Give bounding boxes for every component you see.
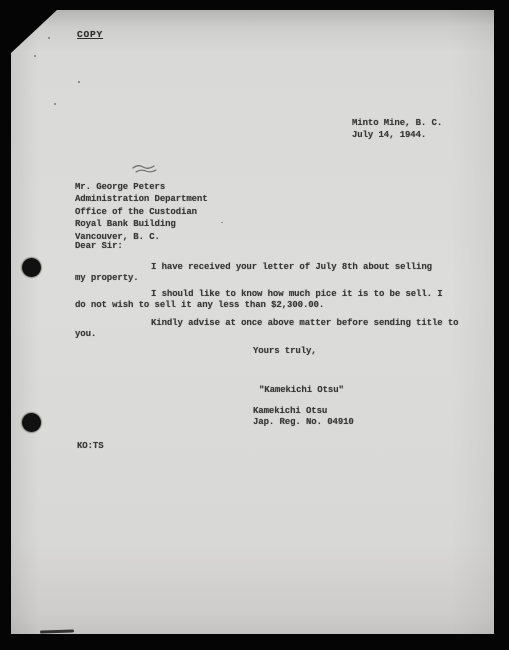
body-paragraph-2: I should like to know how much pice it i… xyxy=(75,289,465,311)
dateline-date: July 14, 1944. xyxy=(352,130,442,142)
paragraph-line: you. xyxy=(75,329,465,340)
scanned-letter-view: COPY Minto Mine, B. C. July 14, 1944. Mr… xyxy=(0,0,509,650)
paragraph-line: Kindly advise at once above matter befor… xyxy=(75,318,465,329)
paragraph-line: do not wish to sell it any less than $2,… xyxy=(75,300,465,311)
recipient-name: Mr. George Peters xyxy=(75,181,208,193)
recipient-building: Royal Bank Building xyxy=(75,218,208,230)
pencil-scribble-mark xyxy=(130,162,160,176)
paper-speck xyxy=(78,81,80,83)
signature: "Kamekichi Otsu" xyxy=(259,385,344,396)
paragraph-line: my property. xyxy=(75,273,465,284)
paper-speck xyxy=(54,103,56,105)
body-paragraph-1: I have received your letter of July 8th … xyxy=(75,262,465,284)
complimentary-closing: Yours truly, xyxy=(253,346,317,357)
typed-signature-block: Kamekichi Otsu Jap. Reg. No. 04910 xyxy=(253,406,354,428)
registration-number: Jap. Reg. No. 04910 xyxy=(253,417,354,428)
salutation: Dear Sir: xyxy=(75,241,123,252)
paragraph-line: I should like to know how much pice it i… xyxy=(75,289,465,300)
body-paragraph-3: Kindly advise at once above matter befor… xyxy=(75,318,465,340)
dateline: Minto Mine, B. C. July 14, 1944. xyxy=(352,118,442,141)
letter-page: COPY Minto Mine, B. C. July 14, 1944. Mr… xyxy=(11,10,494,634)
recipient-office: Office of the Custodian xyxy=(75,206,208,218)
reference-initials: KO:TS xyxy=(77,441,104,452)
paper-speck xyxy=(48,37,50,39)
signer-name: Kamekichi Otsu xyxy=(253,406,354,417)
hole-punch-mark-top xyxy=(22,258,41,277)
paper-speck xyxy=(221,222,223,223)
paragraph-line: I have received your letter of July 8th … xyxy=(75,262,465,273)
recipient-address-block: Mr. George Peters Administration Departm… xyxy=(75,181,208,243)
hole-punch-mark-bottom xyxy=(22,413,41,432)
copy-stamp: COPY xyxy=(77,29,103,40)
dateline-place: Minto Mine, B. C. xyxy=(352,118,442,130)
paper-speck xyxy=(34,55,36,57)
recipient-department: Administration Department xyxy=(75,193,208,205)
